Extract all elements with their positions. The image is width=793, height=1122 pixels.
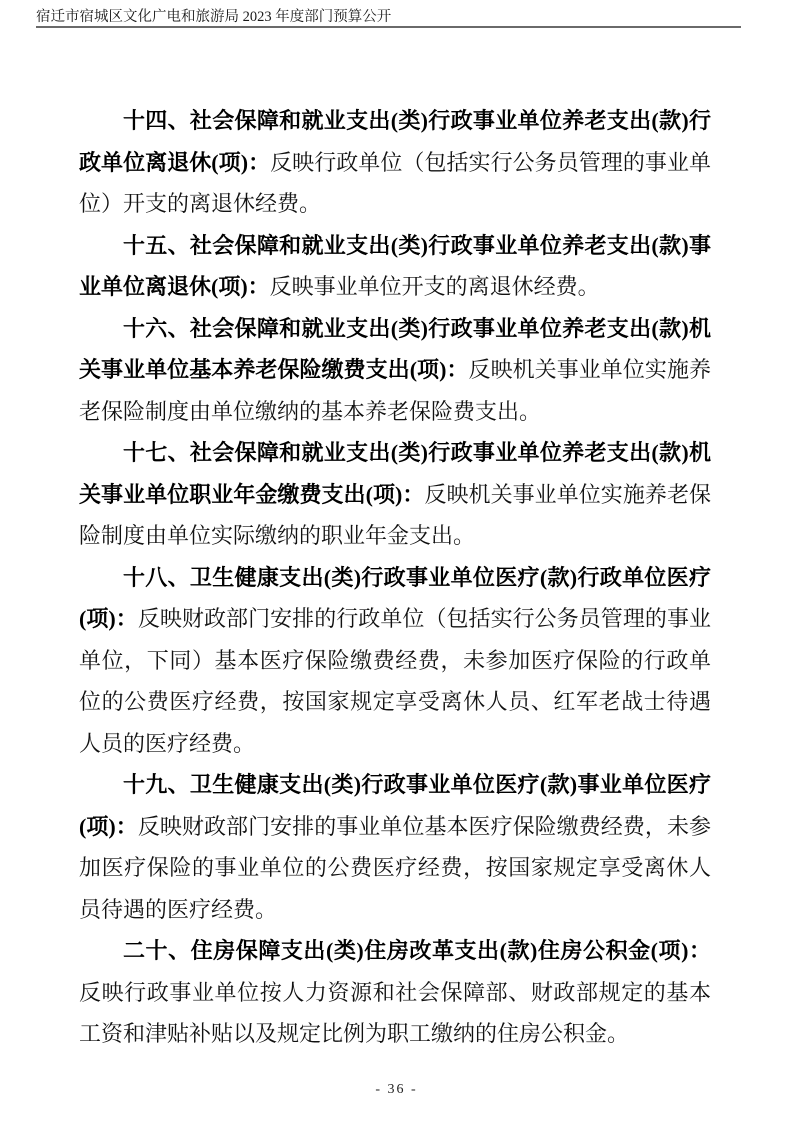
page-number: - 36 - <box>0 1082 793 1098</box>
paragraph-body: 反映财政部门安排的事业单位基本医疗保险缴费经费，未参加医疗保险的事业单位的公费医… <box>79 814 711 922</box>
header-rule <box>36 26 741 28</box>
paragraph-heading: 二十、住房保障支出(类)住房改革支出(款)住房公积金(项)： <box>123 938 711 963</box>
paragraph-body: 反映行政事业单位按人力资源和社会保障部、财政部规定的基本工资和津贴补贴以及规定比… <box>79 980 711 1047</box>
budget-item-paragraph-15: 十五、社会保障和就业支出(类)行政事业单位养老支出(款)事业单位离退休(项)：反… <box>79 225 711 308</box>
document-body: 十四、社会保障和就业支出(类)行政事业单位养老支出(款)行政单位离退休(项)：反… <box>79 100 711 1055</box>
paragraph-body: 反映财政部门安排的行政单位（包括实行公务员管理的事业单位，下同）基本医疗保险缴费… <box>79 606 711 756</box>
document-page: 宿迁市宿城区文化广电和旅游局 2023 年度部门预算公开 十四、社会保障和就业支… <box>0 0 793 1122</box>
header-title: 宿迁市宿城区文化广电和旅游局 2023 年度部门预算公开 <box>36 9 741 26</box>
budget-item-paragraph-16: 十六、社会保障和就业支出(类)行政事业单位养老支出(款)机关事业单位基本养老保险… <box>79 308 711 433</box>
budget-item-paragraph-14: 十四、社会保障和就业支出(类)行政事业单位养老支出(款)行政单位离退休(项)：反… <box>79 100 711 225</box>
budget-item-paragraph-19: 十九、卫生健康支出(类)行政事业单位医疗(款)事业单位医疗(项)：反映财政部门安… <box>79 764 711 930</box>
paragraph-body: 反映事业单位开支的离退休经费。 <box>270 274 600 299</box>
budget-item-paragraph-20: 二十、住房保障支出(类)住房改革支出(款)住房公积金(项)：反映行政事业单位按人… <box>79 930 711 1055</box>
budget-item-paragraph-18: 十八、卫生健康支出(类)行政事业单位医疗(款)行政单位医疗(项)：反映财政部门安… <box>79 557 711 765</box>
budget-item-paragraph-17: 十七、社会保障和就业支出(类)行政事业单位养老支出(款)机关事业单位职业年金缴费… <box>79 432 711 557</box>
